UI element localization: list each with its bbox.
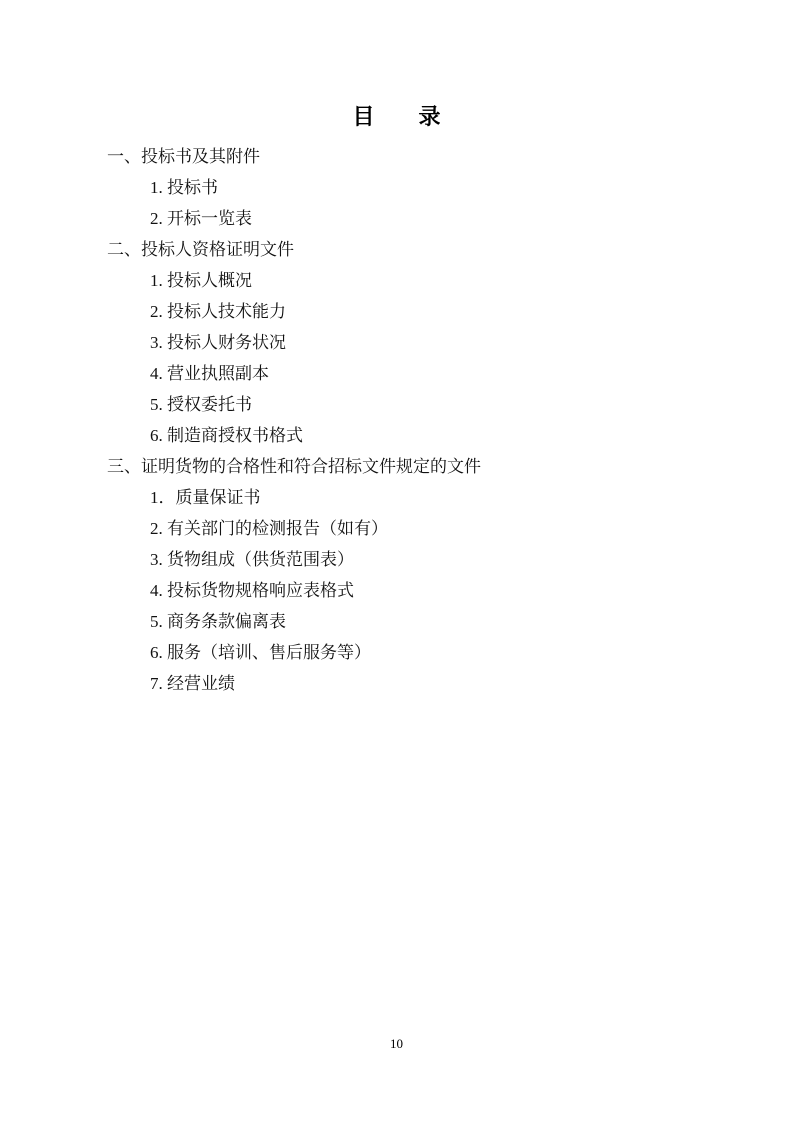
toc-item: 4. 投标货物规格响应表格式 xyxy=(0,575,793,606)
page-number: 10 xyxy=(0,1036,793,1052)
toc-item: 5. 商务条款偏离表 xyxy=(0,606,793,637)
toc-item: 6. 服务（培训、售后服务等） xyxy=(0,637,793,668)
toc-section-heading: 二、投标人资格证明文件 xyxy=(0,234,793,265)
toc-item: 7. 经营业绩 xyxy=(0,668,793,699)
toc-section-heading: 三、证明货物的合格性和符合招标文件规定的文件 xyxy=(0,451,793,482)
toc-item: 3. 货物组成（供货范围表） xyxy=(0,544,793,575)
toc-item: 3. 投标人财务状况 xyxy=(0,327,793,358)
document-page: 目 录 一、投标书及其附件 1. 投标书 2. 开标一览表 二、投标人资格证明文… xyxy=(0,0,793,1122)
toc-item: 2. 投标人技术能力 xyxy=(0,296,793,327)
toc-item: 4. 营业执照副本 xyxy=(0,358,793,389)
page-title: 目 录 xyxy=(0,100,793,131)
toc-item: 1．质量保证书 xyxy=(0,482,793,513)
toc-item: 1. 投标人概况 xyxy=(0,265,793,296)
toc-item: 2. 开标一览表 xyxy=(0,203,793,234)
toc-item: 2. 有关部门的检测报告（如有） xyxy=(0,513,793,544)
toc-item: 1. 投标书 xyxy=(0,172,793,203)
toc-section-heading: 一、投标书及其附件 xyxy=(0,141,793,172)
toc-item: 5. 授权委托书 xyxy=(0,389,793,420)
toc-list: 一、投标书及其附件 1. 投标书 2. 开标一览表 二、投标人资格证明文件 1.… xyxy=(0,141,793,699)
toc-item: 6. 制造商授权书格式 xyxy=(0,420,793,451)
